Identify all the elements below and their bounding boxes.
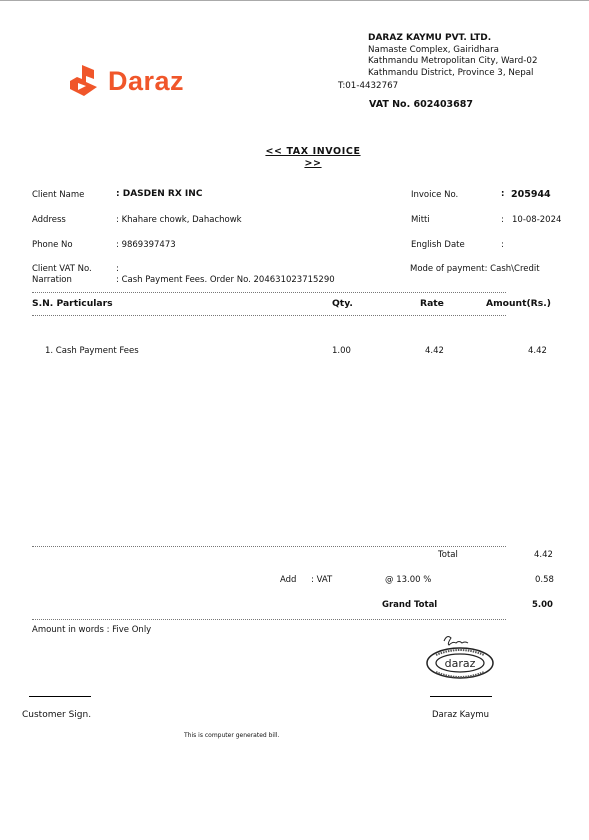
- narration-value: : Cash Payment Fees. Order No. 204631023…: [116, 275, 335, 285]
- mitti-value: 10-08-2024: [512, 215, 561, 225]
- invoice-number-colon: :: [501, 189, 504, 199]
- row-particular: 1. Cash Payment Fees: [45, 346, 139, 356]
- client-vat-label: Client VAT No.: [32, 264, 92, 274]
- company-address-line-2: Kathmandu Metropolitan City, Ward-02: [368, 56, 537, 68]
- customer-sign-label: Customer Sign.: [22, 710, 91, 720]
- mitti-label: Mitti: [411, 215, 430, 225]
- payment-mode: Mode of payment: Cash\Credit: [410, 264, 540, 274]
- invoice-title: << TAX INVOICE >>: [253, 146, 373, 170]
- vat-label: : VAT: [311, 575, 332, 585]
- vat-value: 0.58: [535, 575, 554, 585]
- address-label: Address: [32, 215, 66, 225]
- divider: [32, 619, 506, 620]
- invoice-number-label: Invoice No.: [411, 190, 458, 200]
- divider: [32, 292, 506, 293]
- address-value: : Khahare chowk, Dahachowk: [116, 215, 242, 225]
- grand-total-value: 5.00: [532, 600, 553, 610]
- english-date-label: English Date: [411, 240, 465, 250]
- daraz-box-icon: [68, 65, 102, 97]
- invoice-title-line-1: << TAX INVOICE: [253, 146, 373, 158]
- phone-label: Phone No: [32, 240, 73, 250]
- daraz-logo: Daraz: [68, 65, 184, 97]
- header-sn-particulars: S.N. Particulars: [32, 298, 113, 309]
- header-rate: Rate: [420, 298, 444, 309]
- logo-text: Daraz: [108, 68, 184, 95]
- invoice-title-line-2: >>: [253, 158, 373, 170]
- company-block: DARAZ KAYMU PVT. LTD. Namaste Complex, G…: [368, 33, 537, 79]
- header-qty: Qty.: [332, 298, 353, 309]
- company-phone: T:01-4432767: [338, 81, 398, 93]
- client-name-value: : DASDEN RX INC: [116, 189, 202, 199]
- client-name-label: Client Name: [32, 190, 84, 200]
- invoice-number-value: 205944: [511, 189, 551, 200]
- company-vat: VAT No. 602403687: [369, 99, 473, 110]
- client-vat-value: :: [116, 264, 119, 274]
- row-amount: 4.42: [528, 346, 547, 356]
- divider: [32, 546, 506, 547]
- total-label: Total: [438, 550, 458, 560]
- english-date-colon: :: [501, 240, 504, 250]
- footer-note: This is computer generated bill.: [184, 732, 279, 739]
- vat-add-label: Add: [280, 575, 296, 585]
- grand-total-label: Grand Total: [382, 600, 437, 610]
- company-name: DARAZ KAYMU PVT. LTD.: [368, 33, 537, 45]
- phone-value: : 9869397473: [116, 240, 176, 250]
- vat-rate: @ 13.00 %: [385, 575, 431, 585]
- row-qty: 1.00: [332, 346, 351, 356]
- row-rate: 4.42: [425, 346, 444, 356]
- divider: [32, 315, 506, 316]
- mitti-colon: :: [501, 215, 504, 225]
- narration-label: Narration: [32, 275, 72, 285]
- total-value: 4.42: [534, 550, 553, 560]
- header-amount: Amount(Rs.): [486, 298, 551, 309]
- stamp-text: daraz: [445, 657, 476, 670]
- company-sign-label: Daraz Kaymu: [432, 710, 489, 720]
- amount-in-words: Amount in words : Five Only: [32, 625, 151, 635]
- company-address-line-3: Kathmandu District, Province 3, Nepal: [368, 68, 537, 80]
- company-address-line-1: Namaste Complex, Gairidhara: [368, 45, 537, 57]
- company-stamp-icon: daraz: [424, 633, 496, 681]
- customer-signature-line: [29, 696, 91, 697]
- company-signature-line: [430, 696, 492, 697]
